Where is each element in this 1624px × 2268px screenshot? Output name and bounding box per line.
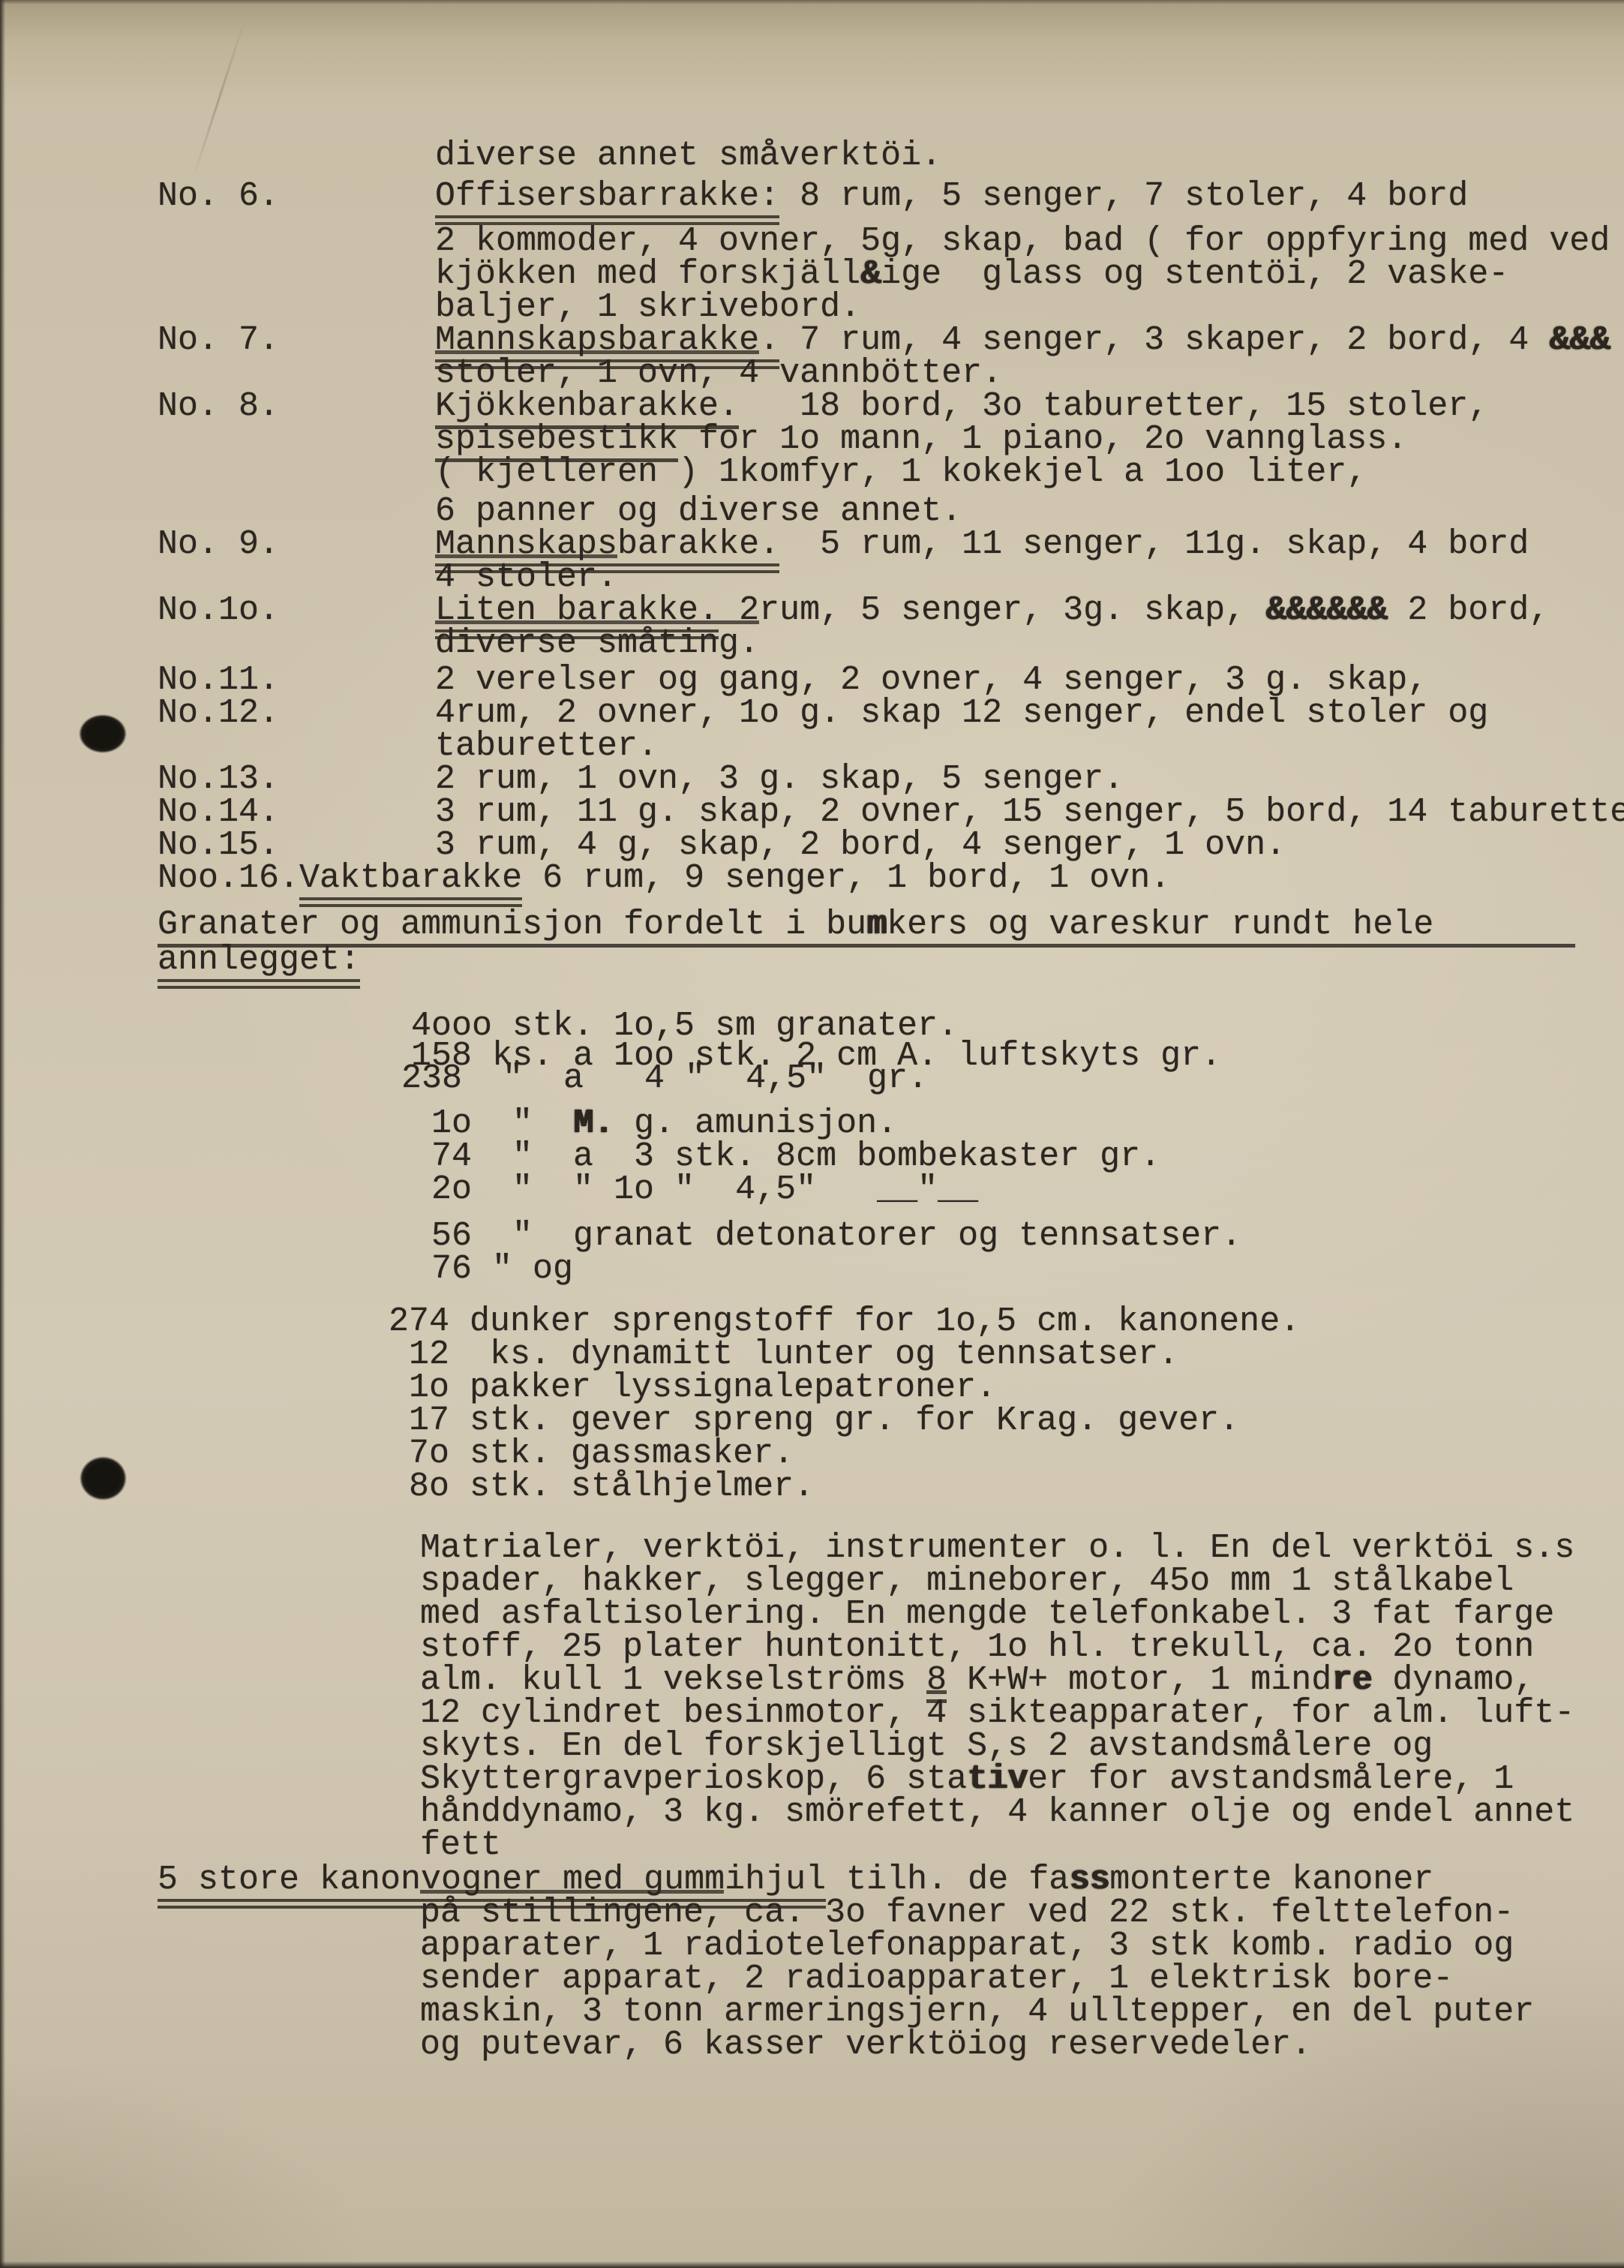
document-line: 12 ks. dynamitt lunter og tennsatser. [0, 1338, 1624, 1371]
item-number: No.1o. [158, 594, 279, 627]
document-line: No.13.2 rum, 1 ovn, 3 g. skap, 5 senger. [0, 763, 1624, 796]
text-segment: annlegget: [158, 941, 360, 989]
text-segment: Noo.16. [158, 859, 299, 897]
document-line: No.15.3 rum, 4 g, skap, 2 bord, 4 senger… [0, 829, 1624, 862]
text-segment: 2rum, 5 senger, 3g. skap, [719, 591, 1265, 629]
item-number: No. 8. [158, 390, 279, 423]
document-line: ( kjelleren ) 1komfyr, 1 kokekjel a 1oo … [0, 456, 1624, 489]
text-segment: fett [420, 1826, 501, 1864]
text-segment: & [860, 255, 881, 293]
document-line: stoler, 1 ovn, 4 vannbötter. [0, 357, 1624, 390]
document-line: taburetter. [0, 730, 1624, 763]
text-segment: m [866, 906, 887, 948]
document-line: No.12.4rum, 2 ovner, 1o g. skap 12 senge… [0, 697, 1624, 730]
document-line: 12 cylindret besinmotor, 4 sikteapparate… [0, 1697, 1624, 1730]
document-line: 5 store kanonvogner med gummihjul tilh. … [0, 1864, 1624, 1897]
text-segment: stoler, 1 ovn, 4 [435, 350, 759, 392]
document-line: apparater, 1 radiotelefonapparat, 3 stk … [0, 1930, 1624, 1963]
scanned-page: diverse annet småverktöi.No. 6.Offisersb… [0, 0, 1624, 2268]
document-line: fett [0, 1829, 1624, 1862]
text-segment: 6 rum, 9 senger, 1 bord, 1 ovn. [522, 859, 1170, 897]
document-line: No. 6.Offisersbarrakke: 8 rum, 5 senger,… [0, 180, 1624, 213]
document-line: kjökken med forskjäll&ige glass og stent… [0, 258, 1624, 291]
document-line: spisebestikk for 1o mann, 1 piano, 2o va… [0, 423, 1624, 456]
text-segment: Offisersbarrakke: [435, 177, 779, 225]
document-line: 1o pakker lyssignalepatroner. [0, 1371, 1624, 1404]
document-line: med asfaltisolering. En mengde telefonka… [0, 1598, 1624, 1631]
text-segment: på stillingene, [420, 1890, 724, 1932]
item-number: No. 6. [158, 180, 279, 213]
item-number: No. 9. [158, 528, 279, 561]
document-line: og putevar, 6 kasser verktöiog reservede… [0, 2029, 1624, 2062]
document-line: 6 panner og diverse annet. [0, 495, 1624, 528]
document-line: skyts. En del forskjelligt S,s 2 avstand… [0, 1730, 1624, 1763]
item-number: No.12. [158, 697, 279, 730]
item-number: No.11. [158, 664, 279, 697]
text-segment: 4 stoler. [435, 554, 617, 596]
document-line: 238 " a 4 " 4,5" gr. [0, 1062, 1624, 1095]
document-line: baljer, 1 skrivebord. [0, 291, 1624, 324]
item-number: No.15. [158, 829, 279, 862]
document-line: 56 " granat detonatorer og tennsatser. [0, 1220, 1624, 1253]
document-line: 1o " M. g. amunisjon. [0, 1107, 1624, 1140]
text-segment: hånddynamo, 3 kg. smörefett, 4 kanner ol… [420, 1793, 1574, 1831]
text-segment: 2o " " 1o " 4,5" __"__ [411, 1170, 978, 1209]
document-line: diverse småting. [0, 627, 1624, 660]
document-line: 2 kommoder, 4 ovner, 5g, skap, bad ( for… [0, 225, 1624, 258]
document-line: 4 stoler. [0, 561, 1624, 594]
text-segment: 8 rum, 5 senger, 7 stoler, 4 bord [779, 177, 1468, 215]
item-number: No.13. [158, 763, 279, 796]
document-line: No.11.2 verelser og gang, 2 ovner, 4 sen… [0, 664, 1624, 697]
document-line: Skyttergravperioskop, 6 stativer for avs… [0, 1763, 1624, 1796]
document-line: alm. kull 1 vekselströms 8 K+W+ motor, 1… [0, 1664, 1624, 1697]
text-segment: diverse annet småverktöi. [435, 137, 941, 175]
item-number: No.14. [158, 796, 279, 829]
text-segment: ige glass og stentöi, 2 vaske- [881, 255, 1508, 293]
document-line: hånddynamo, 3 kg. smörefett, 4 kanner ol… [0, 1796, 1624, 1829]
document-line: 7o stk. gassmasker. [0, 1437, 1624, 1470]
document-line: på stillingene, ca. 3o favner ved 22 stk… [0, 1897, 1624, 1930]
document-line: 74 " a 3 stk. 8cm bombekaster gr. [0, 1140, 1624, 1173]
text-segment: Vaktbarakke [299, 859, 522, 907]
text-segment: kers og vareskur rundt hele [887, 906, 1575, 948]
text-segment: diverse småting. [435, 620, 759, 662]
document-line: No.1o.Liten barakke. 2rum, 5 senger, 3g.… [0, 594, 1624, 627]
document-line: No. 9.Mannskapsbarakke. 5 rum, 11 senger… [0, 528, 1624, 561]
text-segment: 76 " og [411, 1250, 573, 1288]
text-segment: 2 bord, [1387, 591, 1549, 629]
document-line: 8o stk. stålhjelmer. [0, 1470, 1624, 1503]
text-segment: &&& [1549, 321, 1610, 359]
text-segment: 5 rum, 11 senger, 11g. skap, 4 bord [779, 525, 1529, 563]
text-segment: 4 [926, 1690, 947, 1732]
document-line: Noo.16.Vaktbarakke 6 rum, 9 senger, 1 bo… [0, 862, 1624, 895]
item-number: No. 7. [158, 324, 279, 357]
text-segment: ( kjelleren ) 1komfyr, 1 kokekjel a 1oo … [435, 453, 1367, 491]
document-text: diverse annet småverktöi.No. 6.Offisersb… [0, 140, 1624, 2062]
document-line: Granater og ammunisjon fordelt i bumkers… [0, 909, 1624, 942]
text-segment: 238 " a 4 " 4,5" gr. [401, 1059, 928, 1098]
document-line: diverse annet småverktöi. [0, 140, 1624, 173]
document-line: No. 8.Kjökkenbarakke. 18 bord, 3o tabure… [0, 390, 1624, 423]
paper-edge-bottom [0, 2261, 1624, 2268]
document-line: 76 " og [0, 1253, 1624, 1286]
text-segment: og putevar, 6 kasser verktöiog reservede… [420, 2026, 1311, 2064]
document-line: sender apparat, 2 radioapparater, 1 elek… [0, 1963, 1624, 1996]
document-line: Matrialer, verktöi, instrumenter o. l. E… [0, 1532, 1624, 1565]
text-segment: 8o stk. stålhjelmer. [389, 1467, 814, 1506]
document-line: spader, hakker, slegger, mineborer, 45o … [0, 1565, 1624, 1598]
document-line: maskin, 3 tonn armeringsjern, 4 ullteppe… [0, 1996, 1624, 2029]
document-line: 274 dunker sprengstoff for 1o,5 cm. kano… [0, 1305, 1624, 1338]
document-line: 17 stk. gever spreng gr. for Krag. gever… [0, 1404, 1624, 1437]
document-line: No.14.3 rum, 11 g. skap, 2 ovner, 15 sen… [0, 796, 1624, 829]
document-line: No. 7.Mannskapsbarakke. 7 rum, 4 senger,… [0, 324, 1624, 357]
document-line: stoff, 25 plater huntonitt, 1o hl. treku… [0, 1631, 1624, 1664]
text-segment: &&&&&& [1265, 591, 1387, 629]
paper-edge-top [0, 0, 1624, 5]
document-line: annlegget: [0, 944, 1624, 977]
document-line: 2o " " 1o " 4,5" __"__ [0, 1173, 1624, 1206]
